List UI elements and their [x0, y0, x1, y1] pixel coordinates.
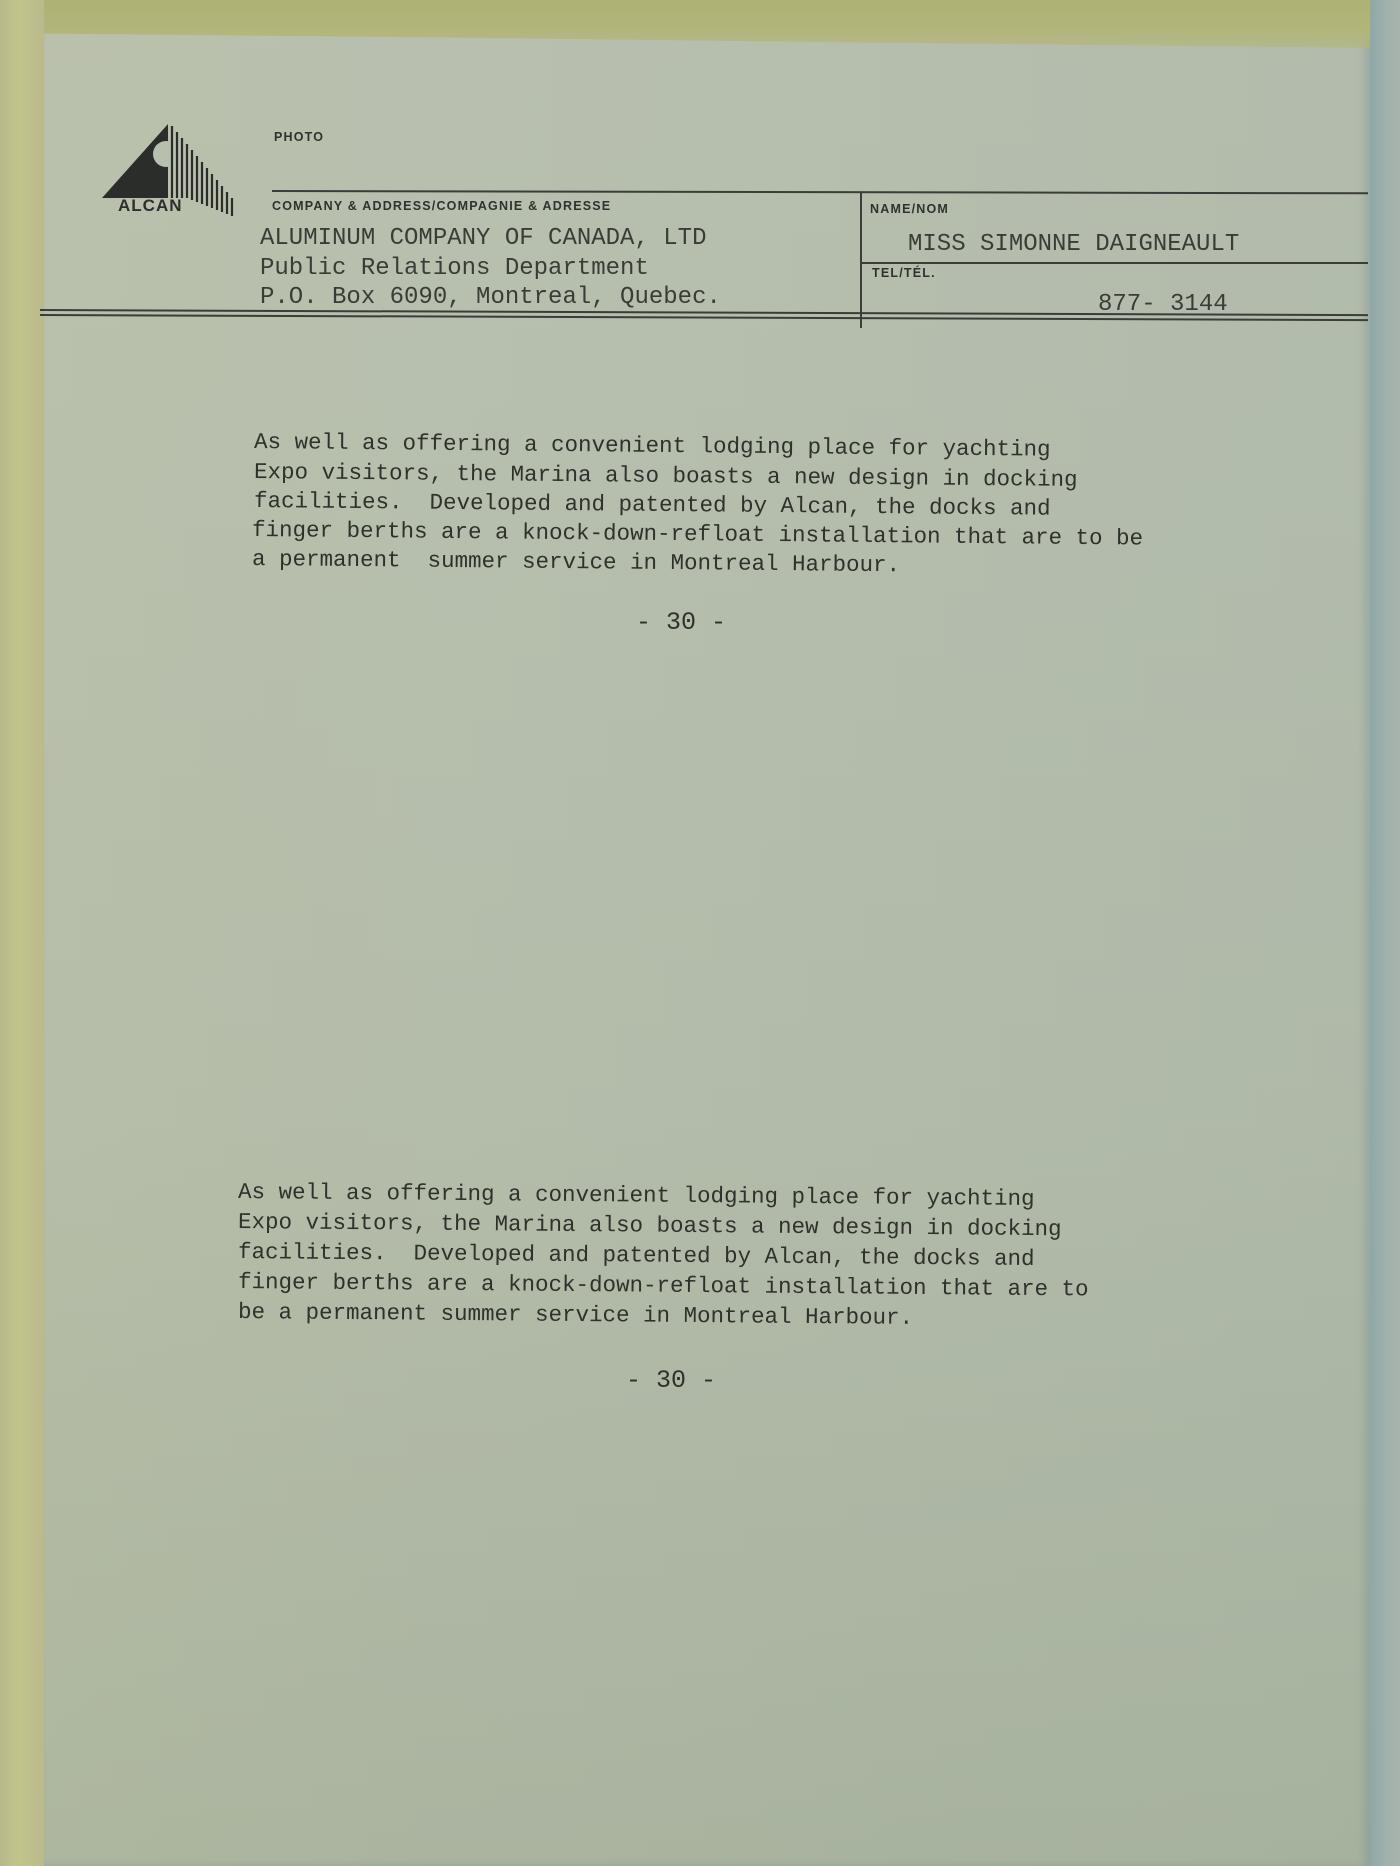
- photo-label: PHOTO: [274, 130, 324, 144]
- tel-value: 877- 3144: [1098, 290, 1228, 319]
- company-department: Public Relations Department: [260, 254, 649, 283]
- logo-wordmark: ALCAN: [118, 196, 183, 216]
- caption-2-end-mark: - 30 -: [626, 1366, 716, 1395]
- caption-1-line-5: a permanent summer service in Montreal H…: [252, 545, 900, 581]
- company-label: COMPANY & ADDRESS/COMPAGNIE & ADRESSE: [272, 199, 611, 213]
- rule-divider: [860, 192, 862, 328]
- backing-right: [1370, 0, 1400, 1866]
- paper-sheet: [44, 0, 1370, 1866]
- rule-name-tel: [862, 262, 1368, 264]
- company-address: P.O. Box 6090, Montreal, Quebec.: [260, 283, 721, 312]
- company-name: ALUMINUM COMPANY OF CANADA, LTD: [260, 224, 706, 253]
- caption-1-end-mark: - 30 -: [636, 608, 726, 637]
- name-label: NAME/NOM: [870, 202, 949, 216]
- caption-2-line-5: be a permanent summer service in Montrea…: [238, 1298, 913, 1333]
- name-value: MISS SIMONNE DAIGNEAULT: [908, 230, 1239, 259]
- backing-left: [0, 0, 48, 1866]
- tel-label: TEL/TÉL.: [872, 266, 936, 280]
